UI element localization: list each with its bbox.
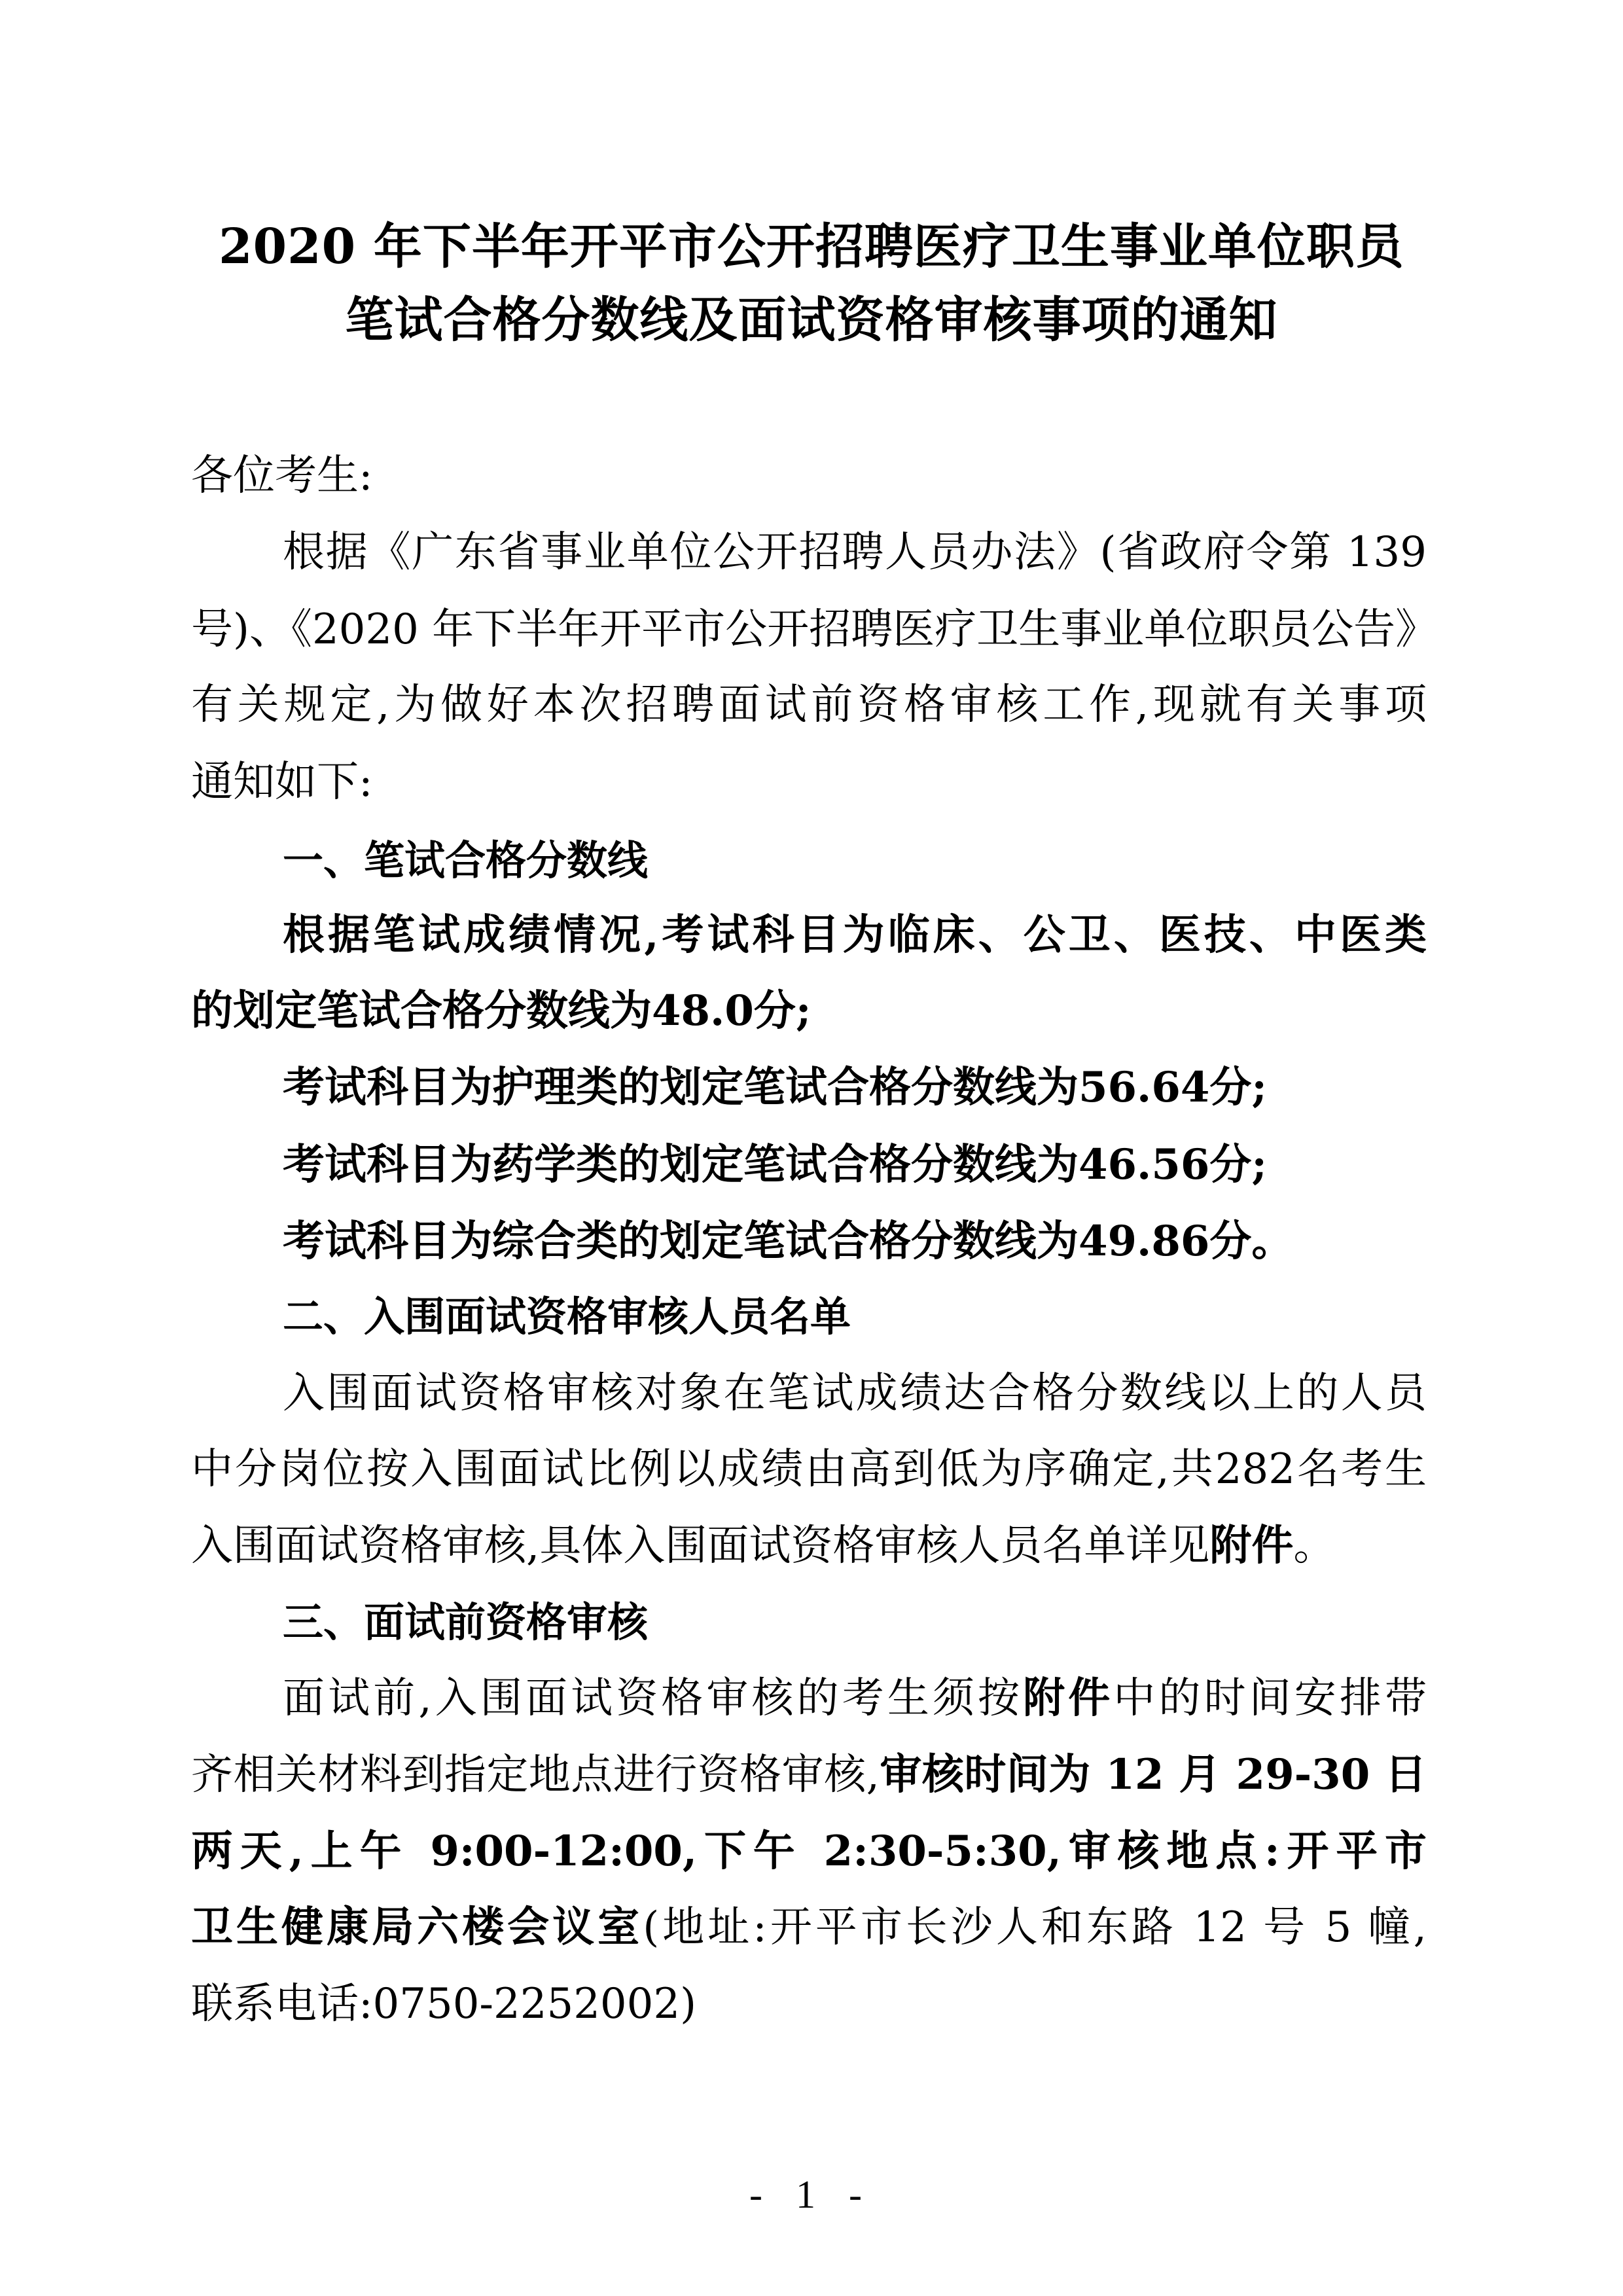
body-text-line: 考试科目为综合类的划定笔试合格分数线为49.86分。 xyxy=(283,1212,1427,1271)
body-text-line: 考试科目为护理类的划定笔试合格分数线为56.64分; xyxy=(283,1058,1427,1117)
bold-text: 附件 xyxy=(1209,1521,1293,1570)
section-heading: 一、笔试合格分数线 xyxy=(283,831,1427,890)
body-text-line: 根据《广东省事业单位公开招聘人员办法》(省政府令第 139 xyxy=(283,523,1427,582)
text: (地址:开平市长沙人和东路 12 号 5 幢, xyxy=(643,1903,1427,1952)
body-text-line: 号)、《2020 年下半年开平市公开招聘医疗卫生事业单位职员公告》 xyxy=(191,600,1427,659)
body-text-line: 齐相关材料到指定地点进行资格审核,审核时间为 12 月 29-30 日 xyxy=(191,1746,1427,1804)
text: 中的时间安排带 xyxy=(1113,1674,1427,1723)
bold-text: 卫生健康局六楼会议室 xyxy=(191,1903,643,1952)
body-text-line: 中分岗位按入围面试比例以成绩由高到低为序确定,共282名考生 xyxy=(191,1440,1427,1499)
text: 。 xyxy=(1293,1522,1335,1570)
bold-text: 根据笔试成绩情况,考试科目为临床、公卫、医技、中医类 xyxy=(283,910,1427,960)
body-text-line: 根据笔试成绩情况,考试科目为临床、公卫、医技、中医类 xyxy=(283,906,1427,965)
text: 根据《广东省事业单位公开招聘人员办法》(省政府令第 139 xyxy=(283,528,1427,577)
text: 联系电话:0750-2252002) xyxy=(191,1980,696,2028)
bold-text: 审核时间为 12 月 29-30 日 xyxy=(880,1750,1427,1799)
text: 入围面试资格审核,具体入围面试资格审核人员名单详见 xyxy=(191,1522,1209,1570)
page-number: - 1 - xyxy=(0,2172,1623,2217)
text: 号)、《2020 年下半年开平市公开招聘医疗卫生事业单位职员公告》 xyxy=(191,605,1437,654)
body-text-line: 卫生健康局六楼会议室(地址:开平市长沙人和东路 12 号 5 幢, xyxy=(191,1898,1427,1957)
body-text-line: 两天,上午 9:00-12:00,下午 2:30-5:30,审核地点:开平市 xyxy=(191,1822,1427,1881)
bold-text: 二、入围面试资格审核人员名单 xyxy=(283,1293,851,1340)
text: 通知如下: xyxy=(191,758,373,806)
bold-text: 一、笔试合格分数线 xyxy=(283,836,648,884)
body-text-line: 的划定笔试合格分数线为48.0分; xyxy=(191,982,1427,1041)
bold-text: 三、面试前资格审核 xyxy=(283,1598,648,1646)
text: 面试前,入围面试资格审核的考生须按 xyxy=(283,1674,1023,1723)
body-text-line: 入围面试资格审核,具体入围面试资格审核人员名单详见附件。 xyxy=(191,1516,1427,1575)
salutation: 各位考生: xyxy=(191,446,1427,505)
body-text-line: 有关规定,为做好本次招聘面试前资格审核工作,现就有关事项 xyxy=(191,675,1427,734)
text: 中分岗位按入围面试比例以成绩由高到低为序确定,共282名考生 xyxy=(191,1445,1427,1494)
section-heading: 三、面试前资格审核 xyxy=(283,1593,1427,1652)
document-title-line-2: 笔试合格分数线及面试资格审核事项的通知 xyxy=(0,291,1623,350)
bold-text: 的划定笔试合格分数线为48.0分; xyxy=(191,986,811,1035)
bold-text: 考试科目为药学类的划定笔试合格分数线为46.56分; xyxy=(283,1140,1267,1189)
body-text-line: 入围面试资格审核对象在笔试成绩达合格分数线以上的人员 xyxy=(283,1364,1427,1423)
text: 有关规定,为做好本次招聘面试前资格审核工作,现就有关事项 xyxy=(191,681,1427,729)
body-text-line: 面试前,入围面试资格审核的考生须按附件中的时间安排带 xyxy=(283,1669,1427,1728)
bold-text: 考试科目为综合类的划定笔试合格分数线为49.86分。 xyxy=(283,1217,1293,1266)
bold-text: 考试科目为护理类的划定笔试合格分数线为56.64分; xyxy=(283,1063,1267,1112)
body-text-line: 考试科目为药学类的划定笔试合格分数线为46.56分; xyxy=(283,1136,1427,1194)
body-text-line: 通知如下: xyxy=(191,753,1427,812)
bold-text: 附件 xyxy=(1023,1674,1113,1723)
body-text-line: 联系电话:0750-2252002) xyxy=(191,1975,1427,2034)
document-page: 2020 年下半年开平市公开招聘医疗卫生事业单位职员 笔试合格分数线及面试资格审… xyxy=(0,0,1623,2296)
document-title-line-1: 2020 年下半年开平市公开招聘医疗卫生事业单位职员 xyxy=(0,217,1623,276)
text: 齐相关材料到指定地点进行资格审核, xyxy=(191,1751,880,1799)
text: 入围面试资格审核对象在笔试成绩达合格分数线以上的人员 xyxy=(283,1369,1427,1418)
section-heading: 二、入围面试资格审核人员名单 xyxy=(283,1287,1427,1346)
bold-text: 两天,上午 9:00-12:00,下午 2:30-5:30,审核地点:开平市 xyxy=(191,1827,1427,1876)
